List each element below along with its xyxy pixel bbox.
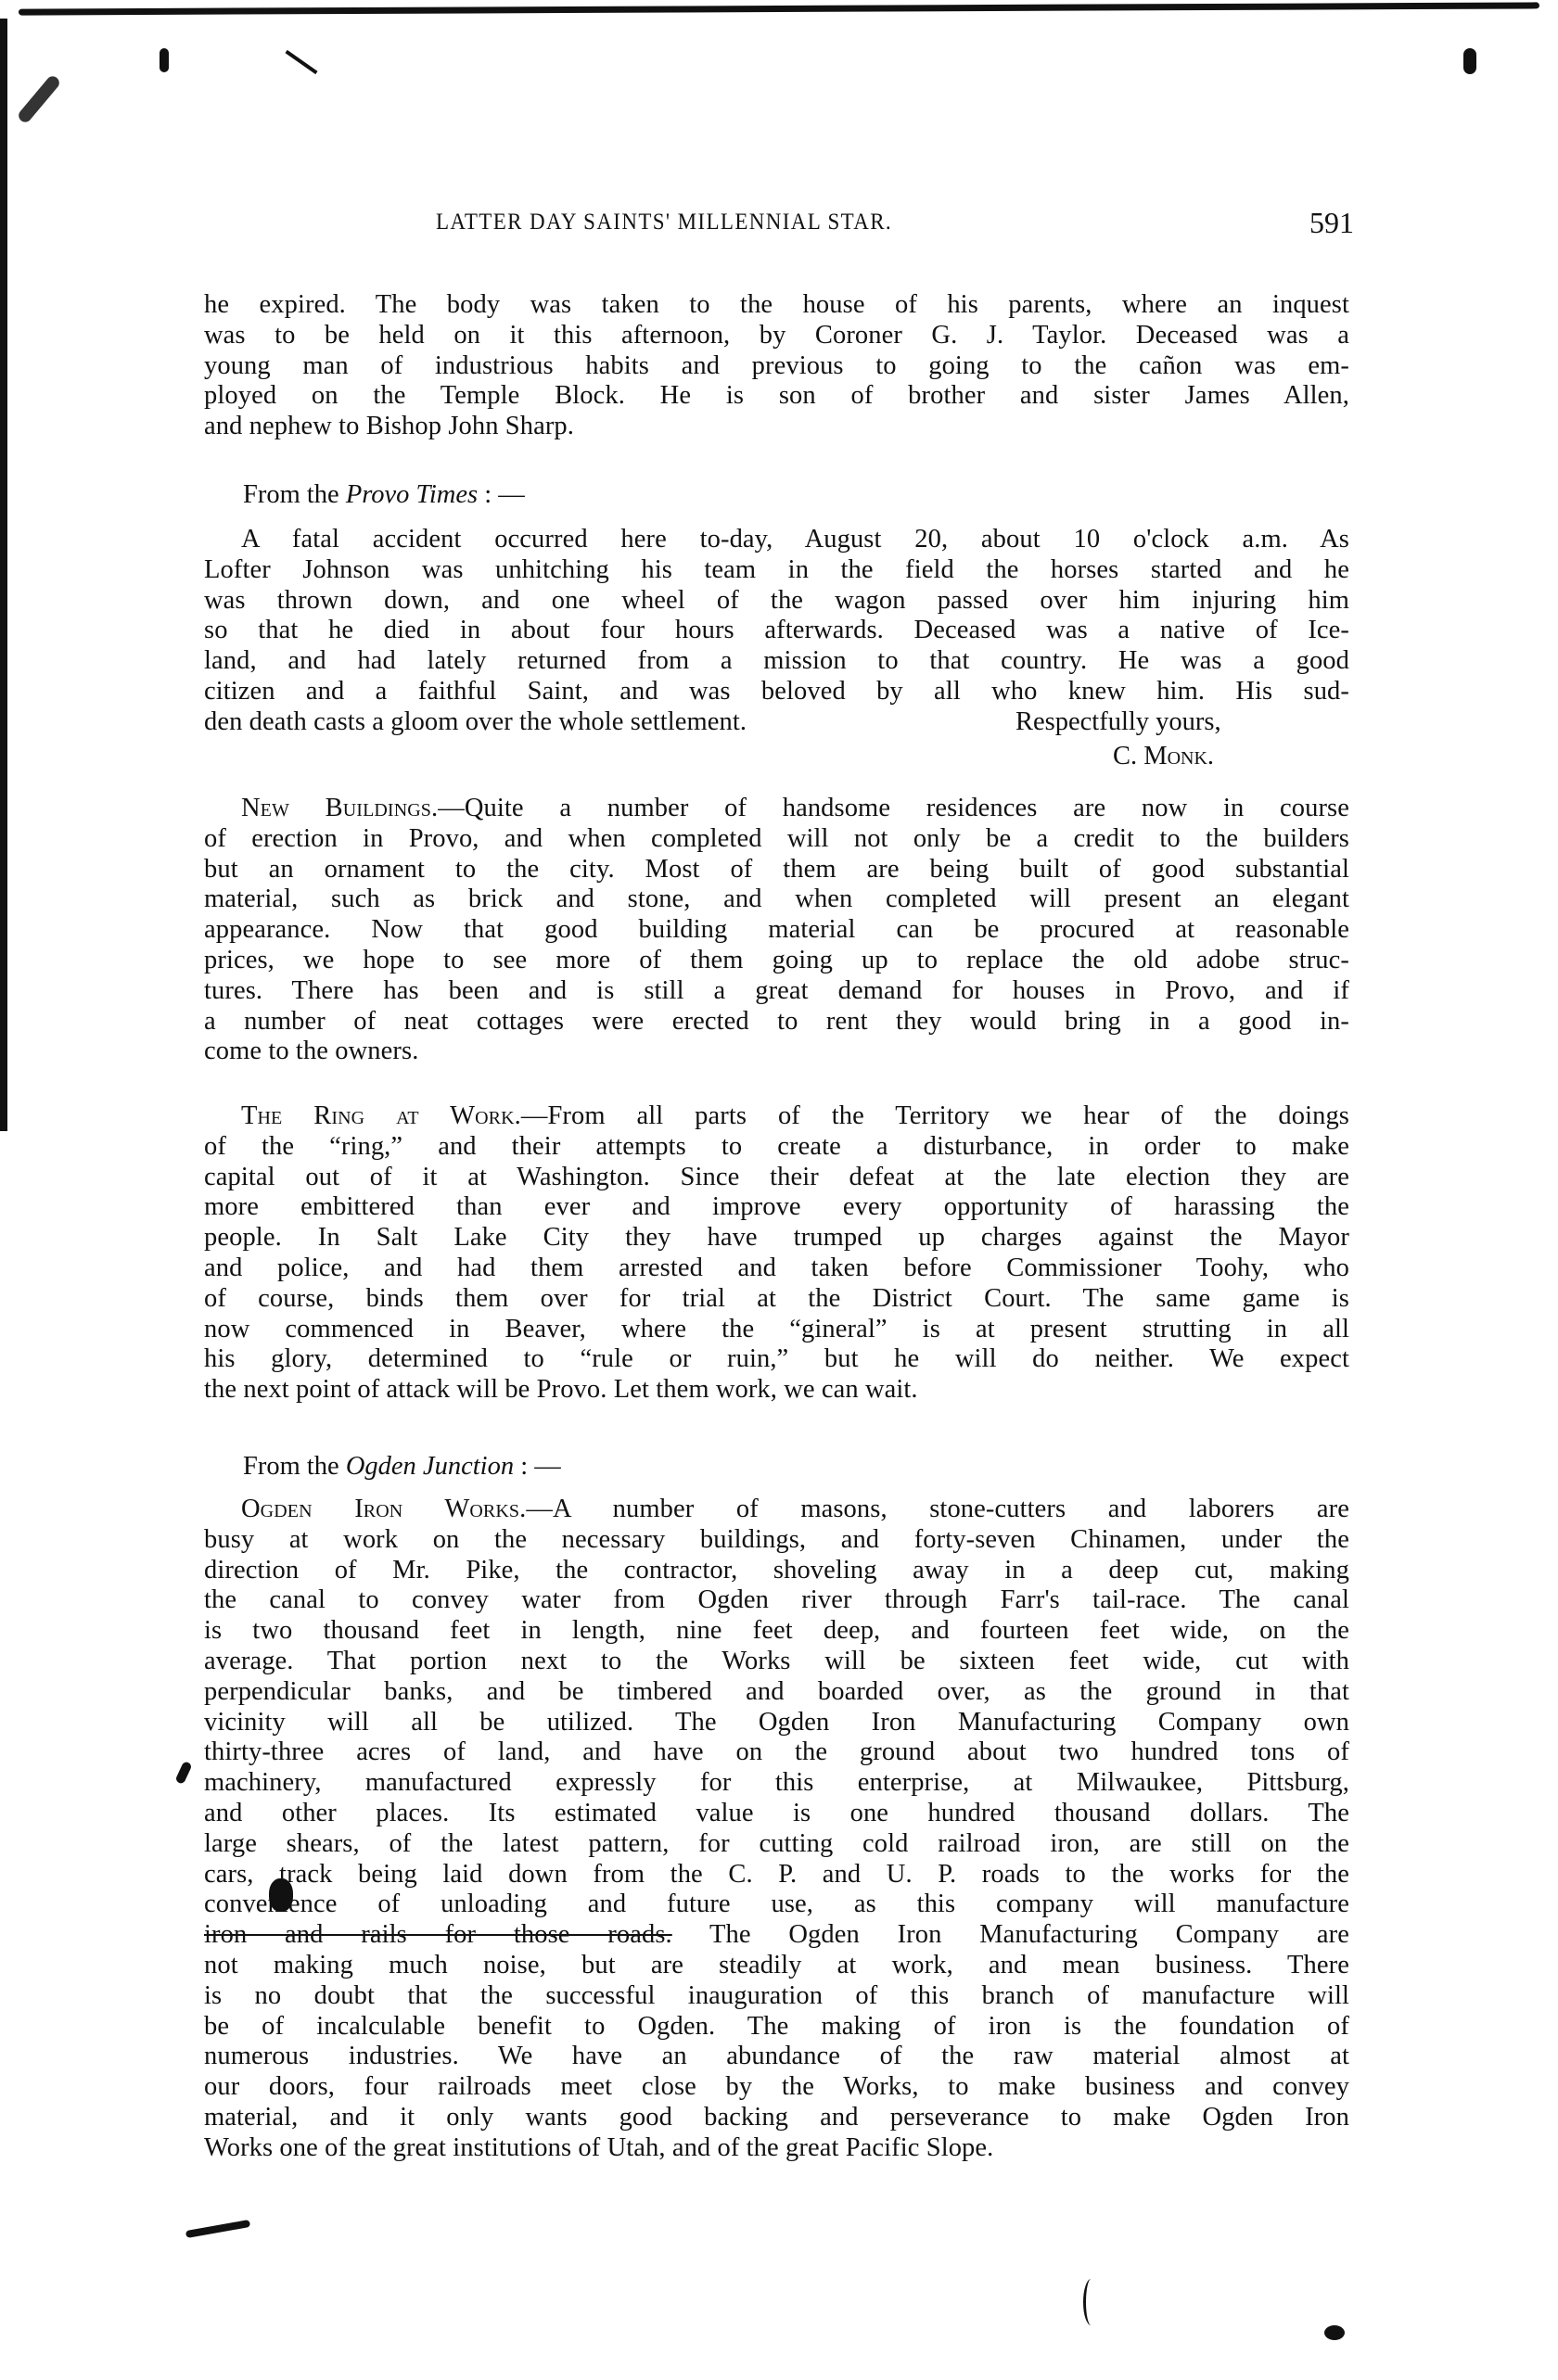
text-line: average. That portion next to the Works … [204, 1647, 1349, 1677]
source-heading-provo: From the Provo Times : — [243, 480, 525, 511]
scan-blot-bottom-right [1324, 2325, 1345, 2340]
ogden-iron-works-article: Ogden Iron Works.—A number of masons, st… [204, 1495, 1349, 2164]
text-line: A fatal accident occurred here to-day, A… [204, 525, 1349, 555]
text-line: prices, we hope to see more of them goin… [204, 946, 1349, 976]
article-title: Ogden Iron Works. [241, 1495, 526, 1523]
text-line: New Buildings.—Quite a number of handsom… [204, 794, 1349, 824]
text-span: The Ogden Iron Manufacturing Company are [672, 1920, 1349, 1949]
text-line: come to the owners. [204, 1037, 1349, 1067]
text-line: people. In Salt Lake City they have trum… [204, 1223, 1349, 1254]
struck-text: iron and rails for those roads. [204, 1920, 672, 1949]
text-line: of the “ring,” and their attempts to cre… [204, 1132, 1349, 1163]
text-line: Lofter Johnson was unhitching his team i… [204, 555, 1349, 586]
text-line: of erection in Provo, and when completed… [204, 824, 1349, 855]
scan-speck-top [160, 48, 169, 72]
closing: Respectfully yours, [1015, 707, 1221, 738]
text-line: numerous industries. We have an abundanc… [204, 2042, 1349, 2072]
text-line: busy at work on the necessary buildings,… [204, 1525, 1349, 1556]
text-line: and other places. Its estimated value is… [204, 1799, 1349, 1829]
source-heading-ogden: From the Ogden Junction : — [243, 1452, 561, 1483]
scan-streak-top [285, 50, 317, 74]
text-line: material, and it only wants good backing… [204, 2103, 1349, 2133]
text-span: —A number of masons, stone-cutters and l… [526, 1495, 1349, 1523]
scan-left-edge [0, 19, 7, 1131]
text-line: and nephew to Bishop John Sharp. [204, 412, 1349, 442]
text-line: our doors, four railroads meet close by … [204, 2072, 1349, 2103]
text-line: cars, track being laid down from the C. … [204, 1860, 1349, 1890]
heading-prefix: From the [243, 480, 346, 509]
ring-at-work-article: The Ring at Work.—From all parts of the … [204, 1101, 1349, 1406]
text-line: he expired. The body was taken to the ho… [204, 290, 1349, 321]
text-line: machinery, manufactured expressly for th… [204, 1768, 1349, 1799]
text-line: The Ring at Work.—From all parts of the … [204, 1101, 1349, 1132]
text-span: —Quite a number of handsome residences a… [438, 794, 1349, 822]
text-line: is two thousand feet in length, nine fee… [204, 1616, 1349, 1647]
text-line: large shears, of the latest pattern, for… [204, 1829, 1349, 1860]
text-line: iron and rails for those roads. The Ogde… [204, 1920, 1349, 1951]
text-line: citizen and a faithful Saint, and was be… [204, 677, 1349, 707]
scanned-page: LATTER DAY SAINTS' MILLENNIAL STAR. 591 … [0, 0, 1558, 2380]
text-span: —From all parts of the Territory we hear… [521, 1101, 1349, 1130]
heading-suffix: : — [478, 480, 525, 509]
text-line: of course, binds them over for trial at … [204, 1284, 1349, 1315]
text-line: perpendicular banks, and be timbered and… [204, 1677, 1349, 1708]
text-line: thirty-three acres of land, and have on … [204, 1737, 1349, 1768]
heading-suffix: : — [514, 1452, 561, 1481]
text-line: capital out of it at Washington. Since t… [204, 1163, 1349, 1193]
scan-curve-bottom [1083, 2279, 1099, 2325]
text-line: now commenced in Beaver, where the “gine… [204, 1315, 1349, 1345]
margin-mark-left [174, 1761, 192, 1785]
source-title: Ogden Junction [346, 1452, 514, 1481]
page-number: 591 [1309, 206, 1354, 240]
text-line: tures. There has been and is still a gre… [204, 976, 1349, 1007]
signature: C. Monk. [1113, 742, 1214, 772]
article-title: The Ring at Work. [241, 1101, 521, 1130]
scan-blot-topright [1463, 48, 1476, 74]
text-line: vicinity will all be utilized. The Ogden… [204, 1708, 1349, 1738]
text-line: was to be held on it this afternoon, by … [204, 321, 1349, 351]
text-line: land, and had lately returned from a mis… [204, 646, 1349, 677]
provo-letter: A fatal accident occurred here to-day, A… [204, 525, 1349, 738]
text-line: so that he died in about four hours afte… [204, 616, 1349, 646]
text-line: his glory, determined to “rule or ruin,”… [204, 1344, 1349, 1375]
text-line: material, such as brick and stone, and w… [204, 885, 1349, 915]
text-line: young man of industrious habits and prev… [204, 351, 1349, 382]
running-title: LATTER DAY SAINTS' MILLENNIAL STAR. [436, 210, 892, 235]
text-line: direction of Mr. Pike, the contractor, s… [204, 1556, 1349, 1586]
text-line: Ogden Iron Works.—A number of masons, st… [204, 1495, 1349, 1525]
text-line: the next point of attack will be Provo. … [204, 1375, 1349, 1406]
source-title: Provo Times [346, 480, 478, 509]
text-line: a number of neat cottages were erected t… [204, 1007, 1349, 1037]
text-line: was thrown down, and one wheel of the wa… [204, 586, 1349, 617]
text-line: the canal to convey water from Ogden riv… [204, 1585, 1349, 1616]
running-head: LATTER DAY SAINTS' MILLENNIAL STAR. 591 [436, 210, 1354, 241]
heading-prefix: From the [243, 1452, 346, 1481]
text-line: appearance. Now that good building mater… [204, 915, 1349, 946]
text-line: more embittered than ever and improve ev… [204, 1192, 1349, 1223]
text-line: and police, and had them arrested and ta… [204, 1254, 1349, 1284]
scan-top-edge [19, 2, 1539, 15]
text-line: convenience of unloading and future use,… [204, 1890, 1349, 1920]
text-line: not making much noise, but are steadily … [204, 1951, 1349, 1981]
continued-paragraph: he expired. The body was taken to the ho… [204, 290, 1349, 442]
article-title: New Buildings. [241, 794, 438, 822]
text-line: ployed on the Temple Block. He is son of… [204, 381, 1349, 412]
text-line: is no doubt that the successful inaugura… [204, 1981, 1349, 2012]
text-line: be of incalculable benefit to Ogden. The… [204, 2012, 1349, 2043]
text-line: Works one of the great institutions of U… [204, 2133, 1349, 2164]
new-buildings-article: New Buildings.—Quite a number of handsom… [204, 794, 1349, 1067]
scan-smudge-topleft [16, 74, 61, 125]
text-line: but an ornament to the city. Most of the… [204, 855, 1349, 885]
margin-curl-bottom-left [185, 2220, 250, 2238]
